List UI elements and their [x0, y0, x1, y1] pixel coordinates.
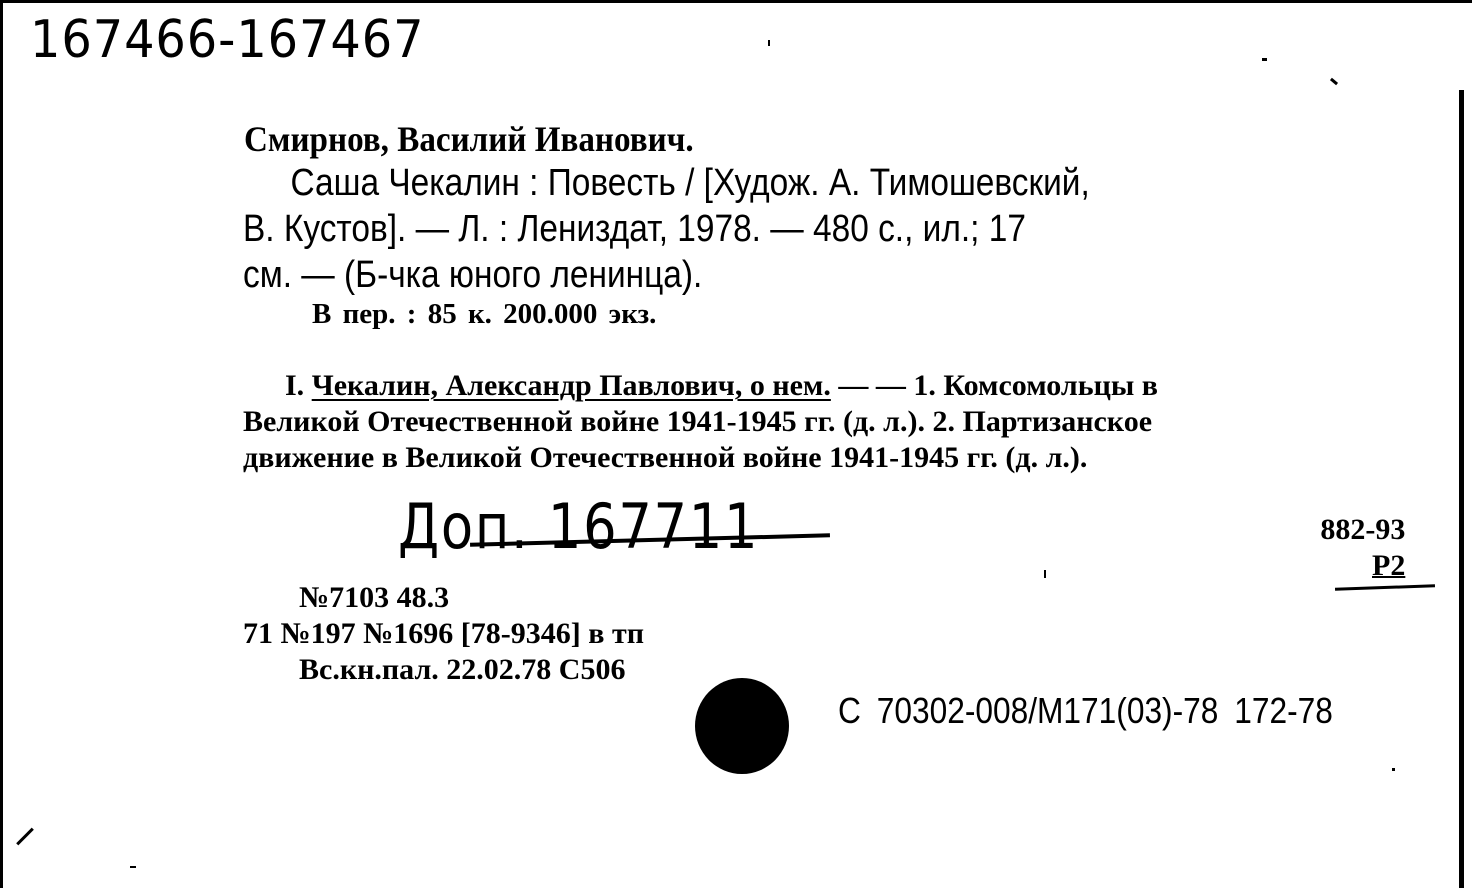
classification-code: 882-93 — [1320, 513, 1405, 546]
subject-line-1: I. Чекалин, Александр Павлович, о нем. —… — [243, 368, 1158, 404]
scan-speck — [130, 866, 136, 868]
scan-speck — [1392, 768, 1395, 771]
title-line-1: Саша Чекалин : Повесть / [Худож. А. Тимо… — [243, 160, 1413, 206]
subject-line-3: движение в Великой Отечественной войне 1… — [243, 440, 1158, 476]
classification-block: 882-93 Р2 — [1300, 512, 1405, 584]
scan-speck — [1044, 570, 1046, 578]
subject-line-1-rest: — — 1. Комсомольцы в — [831, 369, 1158, 402]
card-top-edge — [0, 0, 1472, 3]
publisher-code: С 70302-008/М171(03)-78 172-78 — [838, 690, 1333, 732]
price-and-print-run: В пер. : 85 к. 200.000 экз. — [312, 298, 656, 331]
classification-rule — [1335, 584, 1435, 590]
handwritten-inventory-number: 167466-167467 — [30, 10, 424, 70]
scan-speck — [16, 828, 34, 846]
scan-speck — [768, 40, 770, 46]
tech-line-3: Вс.кн.пал. 22.02.78 С506 — [243, 652, 644, 688]
tech-line-1: №7103 48.3 — [243, 580, 644, 616]
punch-hole — [695, 678, 789, 774]
subject-line-2: Великой Отечественной войне 1941-1945 гг… — [243, 404, 1158, 440]
subject-headings: I. Чекалин, Александр Павлович, о нем. —… — [243, 368, 1158, 476]
card-left-edge — [0, 0, 3, 888]
title-line-2: В. Кустов]. — Л. : Лениздат, 1978. — 480… — [243, 206, 1413, 252]
title-description: Саша Чекалин : Повесть / [Худож. А. Тимо… — [243, 160, 1413, 298]
tech-line-2: 71 №197 №1696 [78-9346] в тп — [243, 616, 644, 652]
technical-info: №7103 48.3 71 №197 №1696 [78-9346] в тп … — [243, 580, 644, 688]
card-right-edge — [1459, 90, 1464, 888]
subject-prefix: I. — [285, 369, 312, 402]
author-heading: Смирнов, Василий Иванович. — [244, 118, 694, 160]
subject-person: Чекалин, Александр Павлович, о нем. — [312, 369, 831, 402]
catalog-card: 167466-167467 Смирнов, Василий Иванович.… — [0, 0, 1472, 888]
handwritten-note: Доп. 167711 — [398, 490, 759, 563]
scan-speck — [1262, 58, 1267, 61]
author-sign: Р2 — [1300, 548, 1405, 584]
title-line-3: см. — (Б-чка юного ленинца). — [243, 252, 1413, 298]
scan-speck — [1330, 78, 1338, 85]
